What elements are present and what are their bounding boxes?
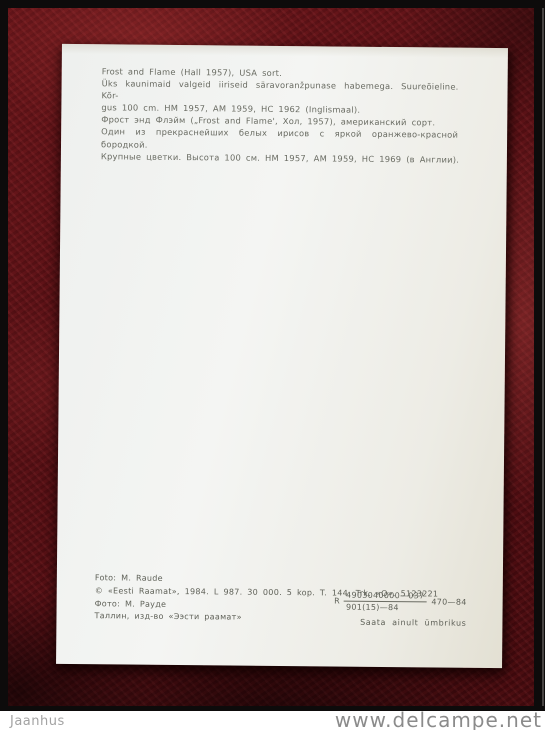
postcard-back: Frost and Flame (Hall 1957), USA sort. Ü… xyxy=(56,44,508,668)
catalog-denominator: 901(15)—84 xyxy=(344,602,426,613)
watermark-seller-name: Jaanhus xyxy=(10,714,65,729)
envelope-note: Saata ainult ümbrikus xyxy=(360,618,466,628)
catalog-prefix: R xyxy=(334,597,340,606)
description-line: Один из прекраснейших белых ирисов с ярк… xyxy=(101,126,458,154)
watermark-site-url: www.delcampe.net xyxy=(335,708,542,730)
description-block: Frost and Flame (Hall 1957), USA sort. Ü… xyxy=(101,65,459,165)
catalog-number-block: R 4903040000—037 901(15)—84 470—84 xyxy=(334,591,467,613)
leather-background: Frost and Flame (Hall 1957), USA sort. Ü… xyxy=(8,8,534,706)
catalog-numerator: 4903040000—037 xyxy=(344,591,426,603)
description-line: Крупные цветки. Высота 100 см. HM 1957, … xyxy=(101,150,458,166)
catalog-fraction: 4903040000—037 901(15)—84 xyxy=(344,591,427,613)
description-line: Üks kaunimaid valgeid iiriseid säravoran… xyxy=(101,77,458,105)
postcard-listing-photo: Frost and Flame (Hall 1957), USA sort. Ü… xyxy=(0,0,545,730)
photo-frame: Frost and Flame (Hall 1957), USA sort. Ü… xyxy=(0,0,545,711)
watermark-bar: Jaanhus www.delcampe.net xyxy=(0,711,545,730)
catalog-suffix: 470—84 xyxy=(431,597,466,606)
